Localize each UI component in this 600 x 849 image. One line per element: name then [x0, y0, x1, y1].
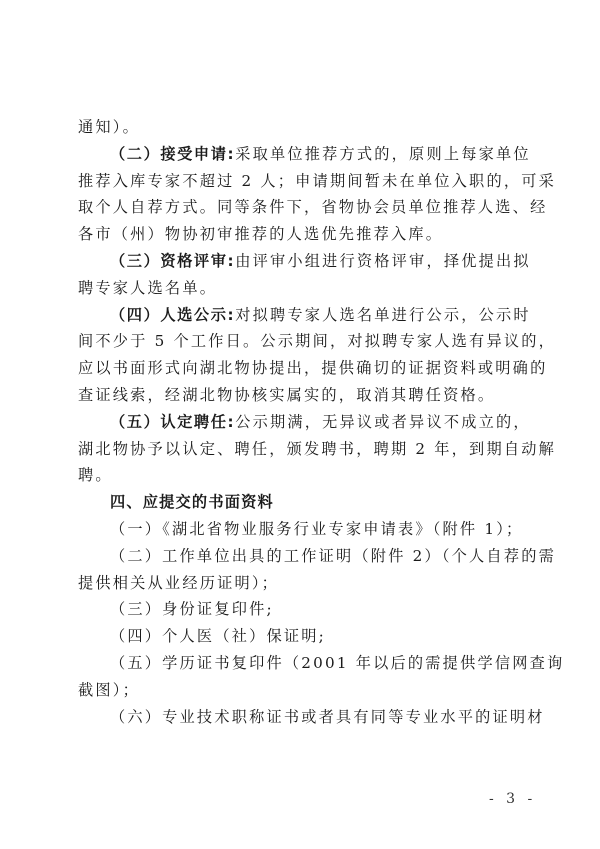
- paragraph-line: 查证线索，经湖北物协核实属实的，取消其聘任资格。: [78, 382, 514, 409]
- material-item-3: （三）身份证复印件;: [78, 596, 514, 623]
- subsection-accept-application: （二）接受申请:采取单位推荐方式的，原则上每家单位: [78, 141, 514, 168]
- subsection-appointment: （五）认定聘任:公示期满，无异议或者异议不成立的，: [78, 409, 514, 436]
- paragraph-line: 聘。: [78, 462, 514, 489]
- material-item-2: （二）工作单位出具的工作证明（附件 2）（个人自荐的需: [78, 543, 514, 570]
- paragraph-line: 截图）；: [78, 677, 514, 704]
- subsection-text: 由评审小组进行资格评审，择优提出拟: [235, 252, 531, 270]
- material-item-1: （一）《湖北省物业服务行业专家申请表》（附件 1）；: [78, 516, 514, 543]
- paragraph-line: 提供相关从业经历证明）；: [78, 570, 514, 597]
- paragraph-line: 推荐入库专家不超过 2 人；申请期间暂未在单位入职的，可采: [78, 168, 514, 195]
- subsection-candidate-publicity: （四）人选公示:对拟聘专家人选名单进行公示，公示时: [78, 302, 514, 329]
- paragraph-line: 各市（州）物协初审推荐的人选优先推荐入库。: [78, 221, 514, 248]
- material-item-6: （六）专业技术职称证书或者具有同等专业水平的证明材: [78, 704, 514, 731]
- paragraph-line: 应以书面形式向湖北物协提出，提供确切的证据资料或明确的: [78, 355, 514, 382]
- subsection-text: 对拟聘专家人选名单进行公示，公示时: [235, 306, 531, 324]
- material-item-5: （五）学历证书复印件（2001 年以后的需提供学信网查询: [78, 650, 514, 677]
- paragraph-line: 聘专家人选名单。: [78, 275, 514, 302]
- paragraph-line: 间不少于 5 个工作日。公示期间，对拟聘专家人选有异议的，: [78, 328, 514, 355]
- subsection-text: 采取单位推荐方式的，原则上每家单位: [235, 145, 531, 163]
- subsection-label: （三）资格评审:: [110, 252, 235, 270]
- paragraph-line: 通知）。: [78, 114, 514, 141]
- material-item-4: （四）个人医（社）保证明;: [78, 623, 514, 650]
- subsection-label: （五）认定聘任:: [110, 413, 235, 431]
- page-number: - 3 -: [489, 791, 536, 807]
- subsection-label: （四）人选公示:: [110, 306, 235, 324]
- paragraph-line: 取个人自荐方式。同等条件下，省物协会员单位推荐人选、经: [78, 194, 514, 221]
- subsection-text: 公示期满，无异议或者异议不成立的，: [235, 413, 531, 431]
- subsection-qualification-review: （三）资格评审:由评审小组进行资格评审，择优提出拟: [78, 248, 514, 275]
- document-page: 通知）。 （二）接受申请:采取单位推荐方式的，原则上每家单位 推荐入库专家不超过…: [78, 114, 514, 730]
- paragraph-line: 湖北物协予以认定、聘任，颁发聘书，聘期 2 年，到期自动解: [78, 436, 514, 463]
- subsection-label: （二）接受申请:: [110, 145, 235, 163]
- section-heading-required-materials: 四、应提交的书面资料: [78, 489, 514, 516]
